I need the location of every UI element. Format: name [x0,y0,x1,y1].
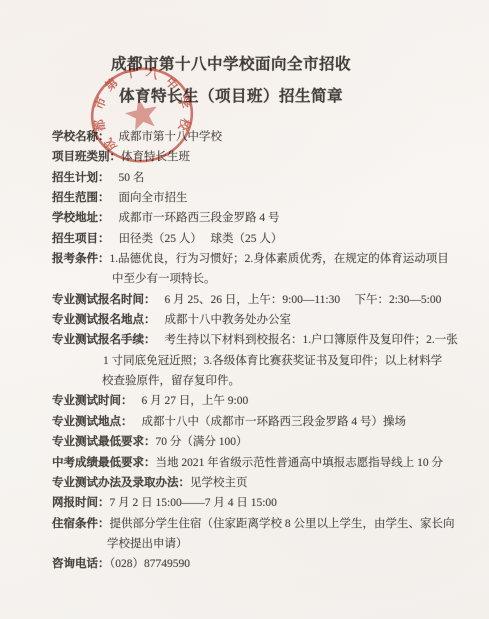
document-line: 专业测试报名手续：考生持以下材料到校报名：1.户口簿原件及复印件；2.一张 [52,330,472,350]
field-label: 专业测试地点： [52,416,133,428]
document-line: 网报时间：7 月 2 日 15:00——7 月 4 日 15:00 [52,493,472,513]
field-value: 当地 2021 年省级示范性普通高中填报志愿指导线上 10 分 [156,457,444,469]
field-value: 田径类（25 人） 球类（25 人） [119,233,283,245]
field-value: 校查验原件，留存复印件。 [102,375,240,387]
document-line: 专业测试地点：成都十八中（成都市一环路西三段金罗路 4 号）操场 [52,412,472,432]
field-value: 成都市一环路西三段金罗路 4 号 [119,212,280,224]
field-label: 招生项目： [52,233,110,245]
document-line-continuation: 中至少有一项特长。 [52,269,472,289]
field-label: 报考条件： [52,253,110,265]
field-label: 咨询电话： [52,558,110,570]
field-value: 体育特长生班 [121,151,190,163]
document-line: 咨询电话：（028）87749590 [52,554,472,574]
document-line: 项目班类别：体育特长生班 [52,147,472,167]
field-label: 专业测试办法及录取办法： [52,477,190,489]
document-line: 住宿条件：提供部分学生住宿（住家距离学校 8 公里以上学生，由学生、家长向 [52,514,472,534]
field-value: 见学校主页 [190,477,248,489]
field-label: 中考成绩最低要求： [52,457,156,469]
field-label: 项目班类别： [52,151,121,163]
field-value: 1.品德优良，行为习惯好；2.身体素质优秀，在规定的体育运动项目 [110,253,449,265]
document-line: 专业测试报名时间：6 月 25、26 日，上午：9:00—11:30 下午：2:… [52,290,472,310]
document-line: 招生项目：田径类（25 人） 球类（25 人） [52,229,472,249]
field-label: 网报时间： [52,497,110,509]
field-value: 70 分（满分 100） [156,436,248,448]
field-value: 7 月 2 日 15:00——7 月 4 日 15:00 [110,497,277,509]
field-value: 成都十八中（成都市一环路西三段金罗路 4 号）操场 [142,416,407,428]
field-label: 专业测试报名时间： [52,294,156,306]
field-label: 住宿条件： [52,518,110,530]
document-line: 专业测试办法及录取办法：见学校主页 [52,473,472,493]
document-line: 报考条件：1.品德优良，行为习惯好；2.身体素质优秀，在规定的体育运动项目 [52,249,472,269]
field-value: （028）87749590 [110,558,191,570]
document-title-line-1: 成都市第十八中学校面向全市招收 [0,56,462,75]
field-value: 提供部分学生住宿（住家距离学校 8 公里以上学生，由学生、家长向 [110,518,455,530]
document-line-continuation: 学校提出申请） [52,534,472,554]
field-value: 成都十八中教务处办公室 [165,314,292,326]
field-value: 面向全市招生 [119,192,188,204]
field-label: 专业测试报名手续： [52,334,156,346]
field-label: 招生范围： [52,192,110,204]
document-line: 中考成绩最低要求：当地 2021 年省级示范性普通高中填报志愿指导线上 10 分 [52,453,472,473]
document-line: 专业测试最低要求：70 分（满分 100） [52,432,472,452]
field-value: 考生持以下材料到校报名：1.户口簿原件及复印件；2.一张 [165,334,458,346]
field-value: 中至少有一项特长。 [112,273,216,285]
document-line: 学校名称：成都市第十八中学校 [52,127,472,147]
field-value: 1 寸同底免冠近照；3.各级体育比赛获奖证书及复印件；以上材料学 [103,355,442,367]
field-label: 学校地址： [52,212,110,224]
document-line: 招生范围：面向全市招生 [52,188,472,208]
field-value: 6 月 27 日，上午 9:00 [142,395,249,407]
field-label: 专业测试时间： [52,395,133,407]
field-label: 专业测试最低要求： [52,436,156,448]
document-title-line-2: 体育特长生（项目班）招生简章 [0,88,462,107]
field-label: 专业测试报名地点： [52,314,156,326]
field-value: 成都市第十八中学校 [119,131,223,143]
field-value: 6 月 25、26 日，上午：9:00—11:30 下午：2:30—5:00 [165,294,442,306]
document-line-continuation: 校查验原件，留存复印件。 [52,371,472,391]
field-value: 学校提出申请） [107,538,188,550]
scanned-document-page: 成都市第十八中学校面向全市招收 体育特长生（项目班）招生简章 学校名称：成都市第… [0,0,489,619]
document-line: 招生计划：50 名 [52,168,472,188]
field-label: 招生计划： [52,172,110,184]
document-lines: 学校名称：成都市第十八中学校项目班类别：体育特长生班招生计划：50 名招生范围：… [52,127,472,575]
document-line: 学校地址：成都市一环路西三段金罗路 4 号 [52,208,472,228]
document-line: 专业测试报名地点：成都十八中教务处办公室 [52,310,472,330]
field-label: 学校名称： [52,131,110,143]
document-line-continuation: 1 寸同底免冠近照；3.各级体育比赛获奖证书及复印件；以上材料学 [52,351,472,371]
document-title: 成都市第十八中学校面向全市招收 体育特长生（项目班）招生简章 [0,56,462,106]
document-line: 专业测试时间：6 月 27 日，上午 9:00 [52,391,472,411]
field-value: 50 名 [119,172,145,184]
